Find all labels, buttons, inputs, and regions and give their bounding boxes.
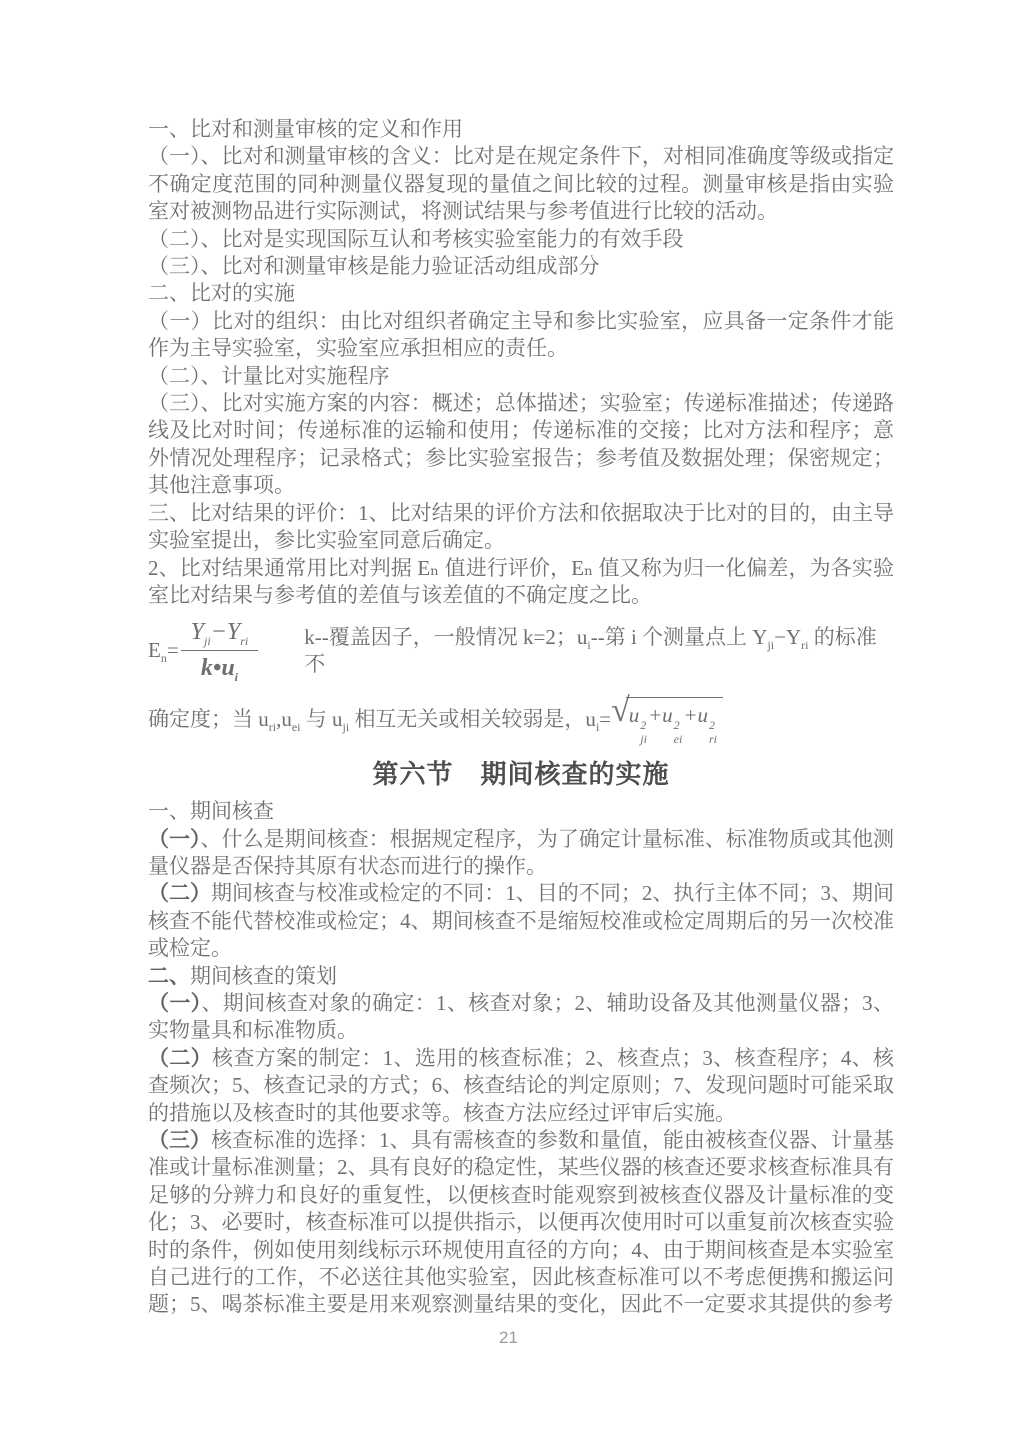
superscript: 2 <box>709 719 715 731</box>
sup-sub-stack: 2ei <box>674 719 683 745</box>
list-marker: （一） <box>148 992 201 1015</box>
superscript: 2 <box>674 719 680 731</box>
text-run: --第 i 个测量点上 Y <box>591 625 768 649</box>
en-formula: En= Yji−Yri k•ui k--覆盖因子，一般情况 k=2；ui--第 … <box>148 619 894 682</box>
paragraph: （二）核查方案的制定：1、选用的核查标准；2、核查点；3、核查程序；4、核查频次… <box>148 1045 894 1127</box>
text-run: 相互无关或相关较弱是，u <box>349 707 596 731</box>
math-token: − <box>211 619 227 645</box>
list-marker: （三） <box>148 1129 211 1152</box>
list-marker: 二、 <box>148 965 190 988</box>
fraction: Yji−Yri k•ui <box>181 619 259 682</box>
subscript: ji <box>204 634 211 648</box>
page-number: 21 <box>0 1328 1017 1348</box>
math-token: = <box>167 638 179 662</box>
math-token: E <box>148 638 161 662</box>
sqrt-expression: √u2ji+u2ei+u2ri <box>611 697 723 745</box>
text-run: 确定度；当 u <box>148 707 269 731</box>
fraction-numerator: Yji−Yri <box>181 619 259 650</box>
paragraph: （三）、比对和测量审核是能力验证活动组成部分 <box>148 253 894 280</box>
math-token: Y <box>191 619 204 645</box>
subscript: ei <box>674 733 683 745</box>
paragraph: 二、比对的实施 <box>148 280 894 307</box>
text-run: 期间核查与校准或检定的不同：1、目的不同；2、执行主体不同；3、期间核查不能代替… <box>148 881 894 960</box>
paragraph: （一）比对的组织：由比对组织者确定主导和参比实验室，应具备一定条件才能作为主导实… <box>148 308 894 363</box>
text-run: 一、期间核查 <box>148 799 274 823</box>
paragraph: （一）、比对和测量审核的含义：比对是在规定条件下，对相同准确度等级或指定不确定度… <box>148 143 894 225</box>
document-page: 一、比对和测量审核的定义和作用 （一）、比对和测量审核的含义：比对是在规定条件下… <box>0 0 1017 1438</box>
subscript: ji <box>640 733 647 745</box>
paragraph: （二）期间核查与校准或检定的不同：1、目的不同；2、执行主体不同；3、期间核查不… <box>148 880 894 962</box>
superscript: 2 <box>640 719 646 731</box>
subscript: ri <box>709 733 717 745</box>
text-run: 、期间核查对象的确定：1、核查对象；2、辅助设备及其他测量仪器；3、实物量具和标… <box>148 991 894 1042</box>
paragraph: （一）、什么是期间核查：根据规定程序，为了确定计量标准、标准物质或其他测量仪器是… <box>148 826 894 881</box>
text-run: k--覆盖因子，一般情况 k=2；u <box>304 625 587 649</box>
math-token: u <box>697 703 708 727</box>
math-token: + <box>648 703 662 727</box>
list-marker: （一） <box>148 828 201 851</box>
text-run: 期间核查的策划 <box>190 964 337 988</box>
paragraph: （二）、比对是实现国际互认和考核实验室能力的有效手段 <box>148 226 894 253</box>
formula-lhs: En= <box>148 637 179 664</box>
fraction-denominator: k•ui <box>181 650 259 683</box>
section-heading: 第六节 期间核查的实施 <box>148 761 894 788</box>
subscript: ri <box>801 638 808 652</box>
math-token: k•u <box>201 655 235 681</box>
math-token: + <box>683 703 697 727</box>
text-run: 核查标准的选择：1、具有需核查的参数和量值，能由被核查仪器、计量基准或计量标准测… <box>148 1128 894 1316</box>
math-token: u <box>662 703 673 727</box>
ui-formula: 确定度；当 uri,uei 与 uji 相互无关或相关较弱是，ui=√u2ji+… <box>148 697 894 745</box>
paragraph: 二、期间核查的策划 <box>148 963 894 990</box>
subscript: ri <box>240 634 248 648</box>
text-run: 核查方案的制定：1、选用的核查标准；2、核查点；3、核查程序；4、核查频次；5、… <box>148 1046 894 1125</box>
paragraph: 一、期间核查 <box>148 798 894 825</box>
document-body: 一、比对和测量审核的定义和作用 （一）、比对和测量审核的含义：比对是在规定条件下… <box>148 116 894 1319</box>
formula-note: k--覆盖因子，一般情况 k=2；ui--第 i 个测量点上 Yji−Yri 的… <box>304 624 894 679</box>
list-marker: （二） <box>148 882 211 905</box>
paragraph: 三、比对结果的评价：1、比对结果的评价方法和依据取决于比对的目的，由主导实验室提… <box>148 500 894 555</box>
paragraph: （二）、计量比对实施程序 <box>148 363 894 390</box>
subscript: i <box>235 670 238 684</box>
paragraph: （三）核查标准的选择：1、具有需核查的参数和量值，能由被核查仪器、计量基准或计量… <box>148 1127 894 1319</box>
text-run: 与 u <box>301 707 343 731</box>
paragraph: 2、比对结果通常用比对判据 Eₙ 值进行评价，Eₙ 值又称为归一化偏差，为各实验… <box>148 555 894 610</box>
math-token: u <box>629 703 640 727</box>
radical-sign-icon: √ <box>611 694 630 728</box>
paragraph: 一、比对和测量审核的定义和作用 <box>148 116 894 143</box>
text-run: 、什么是期间核查：根据规定程序，为了确定计量标准、标准物质或其他测量仪器是否保持… <box>148 827 894 878</box>
list-marker: （二） <box>148 1047 212 1070</box>
paragraph: （一）、期间核查对象的确定：1、核查对象；2、辅助设备及其他测量仪器；3、实物量… <box>148 990 894 1045</box>
subscript: ei <box>292 720 301 734</box>
math-token: Y <box>227 619 240 645</box>
subscript: ri <box>269 720 276 734</box>
text-run: ,u <box>276 707 292 731</box>
math-token: = <box>599 707 611 731</box>
sup-sub-stack: 2ri <box>709 719 717 745</box>
paragraph: （三）、比对实施方案的内容：概述；总体描述；实验室；传递标准描述；传递路线及比对… <box>148 390 894 500</box>
text-run: −Y <box>774 625 801 649</box>
sup-sub-stack: 2ji <box>640 719 647 745</box>
radicand: u2ji+u2ei+u2ri <box>626 697 723 745</box>
